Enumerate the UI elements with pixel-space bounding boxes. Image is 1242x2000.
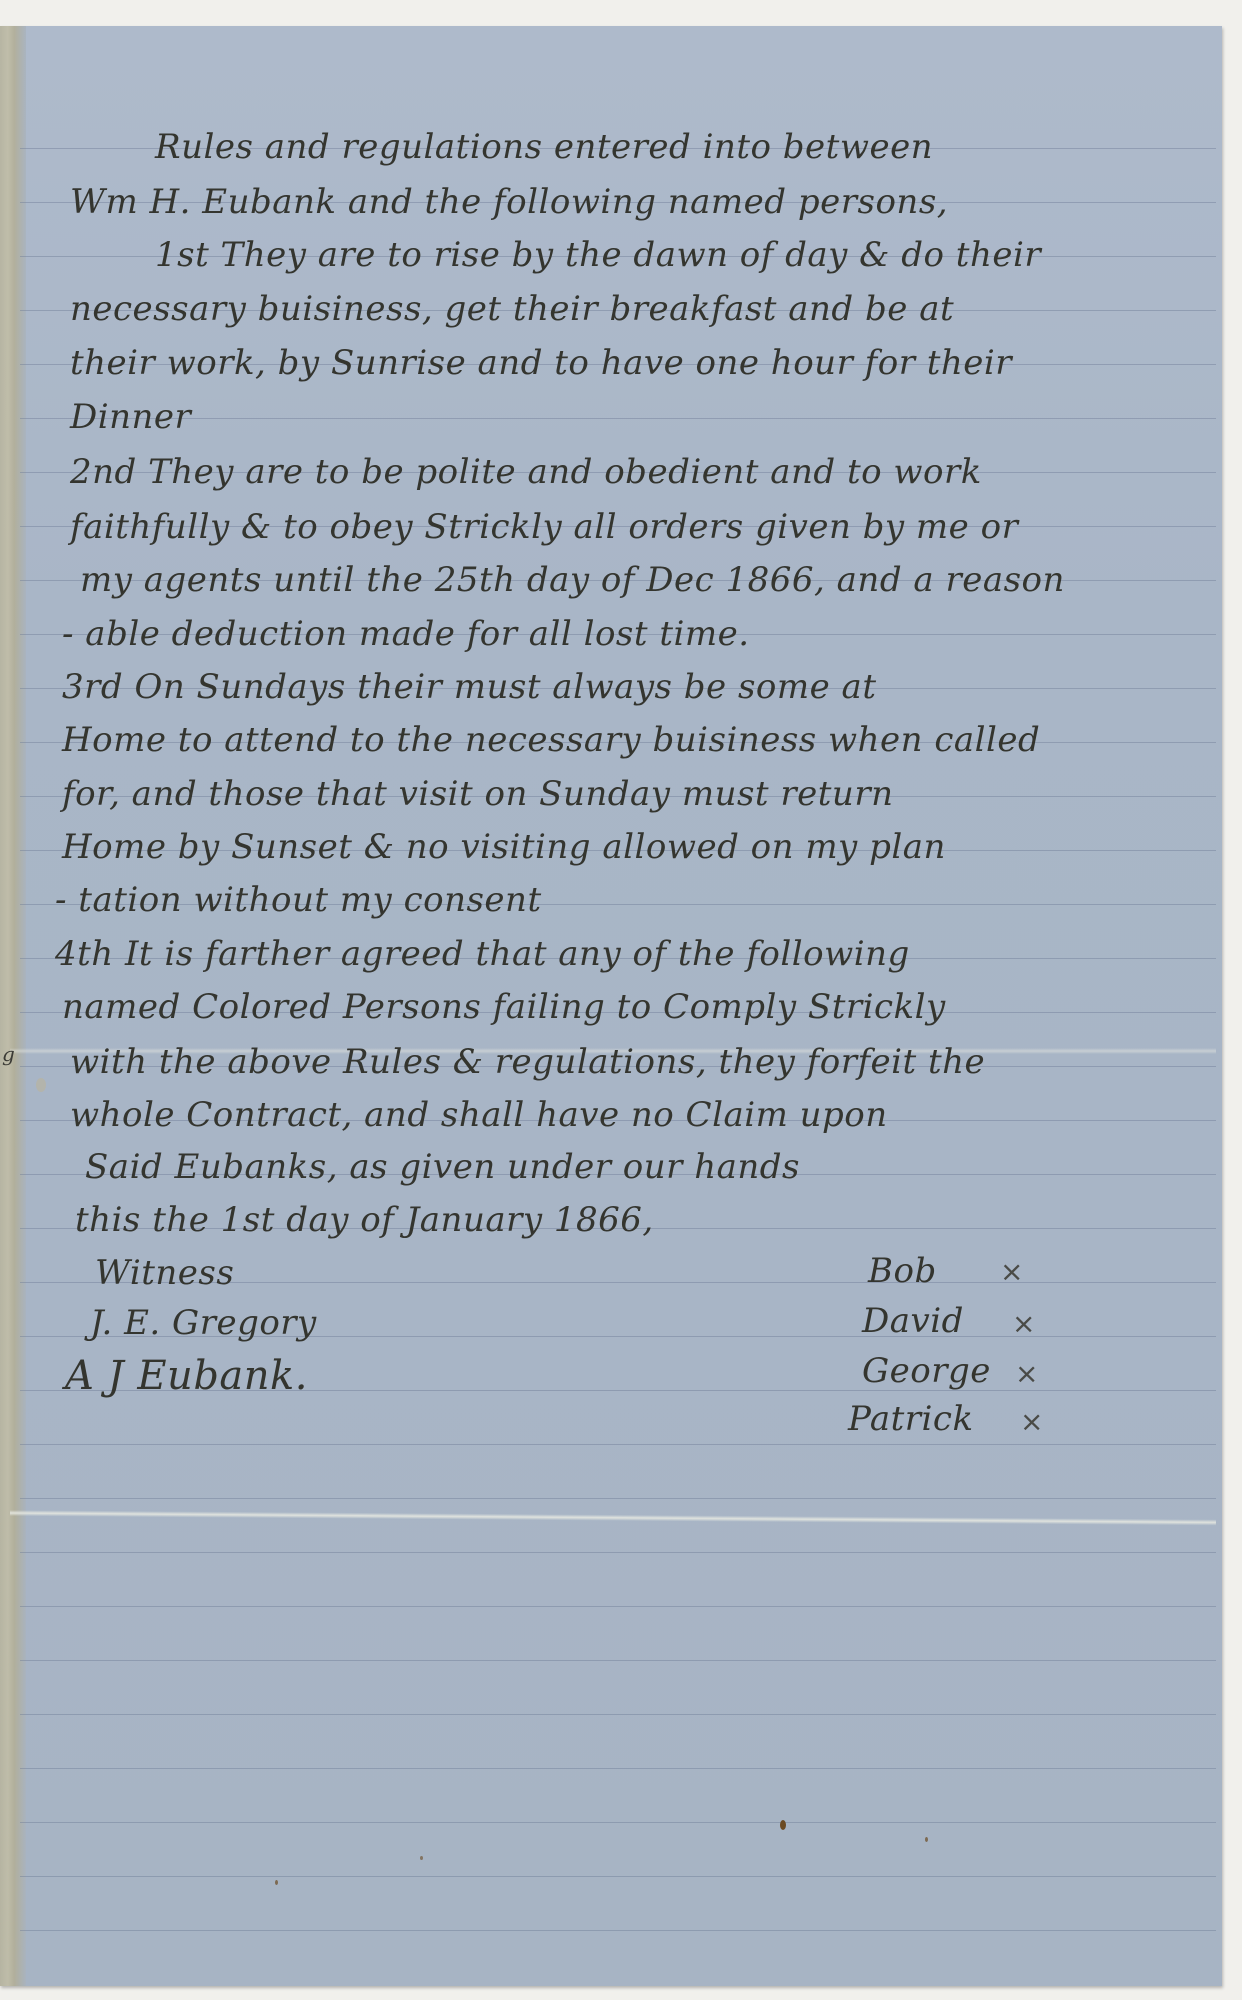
- line-rule-2-b: faithfully & to obey Strickly all orders…: [70, 510, 1018, 544]
- signatory-mark-patrick: ×: [1020, 1408, 1044, 1436]
- line-rule-2-a: 2nd They are to be polite and obedient a…: [70, 455, 982, 489]
- ruled-line: [20, 1552, 1216, 1553]
- ink-spot: [275, 1880, 278, 1885]
- ink-spot: [36, 1078, 46, 1092]
- ruled-line: [20, 1876, 1216, 1877]
- line-rule-4-d: whole Contract, and shall have no Claim …: [70, 1098, 888, 1132]
- line-rule-3-b: Home to attend to the necessary buisines…: [62, 723, 1040, 757]
- margin-note: g: [2, 1042, 15, 1066]
- ruled-line: [20, 1930, 1216, 1931]
- line-rule-3-e: - tation without my consent: [55, 883, 542, 917]
- ink-spot: [780, 1820, 786, 1830]
- line-rule-1-c: their work, by Sunrise and to have one h…: [70, 346, 1012, 380]
- line-rule-4-b: named Colored Persons failing to Comply …: [62, 990, 946, 1024]
- ruled-line: [20, 1444, 1216, 1445]
- ruled-line: [20, 1660, 1216, 1661]
- document-page: Rules and regulations entered into betwe…: [0, 26, 1222, 1986]
- line-rule-4-e: Said Eubanks, as given under our hands: [85, 1150, 800, 1184]
- signatory-mark-david: ×: [1012, 1310, 1036, 1338]
- signatory-name-patrick: Patrick: [848, 1402, 974, 1436]
- witness-name-1: J. E. Gregory: [90, 1306, 317, 1340]
- signatory-mark-bob: ×: [1000, 1258, 1024, 1286]
- line-rule-2-d: - able deduction made for all lost time.: [62, 617, 750, 651]
- line-rule-1-b: necessary buisiness, get their breakfast…: [70, 292, 954, 326]
- witness-name-2: A J Eubank.: [65, 1356, 308, 1396]
- ruled-line: [20, 1822, 1216, 1823]
- ink-spot: [925, 1837, 928, 1842]
- line-rule-1-d: Dinner: [70, 400, 191, 434]
- line-date: this the 1st day of January 1866,: [75, 1203, 654, 1237]
- ruled-line: [20, 1606, 1216, 1607]
- signatory-name-david: David: [862, 1304, 964, 1338]
- signatory-mark-george: ×: [1015, 1360, 1039, 1388]
- ink-spot: [420, 1856, 423, 1860]
- line-rule-3-d: Home by Sunset & no visiting allowed on …: [62, 830, 946, 864]
- witness-label: Witness: [95, 1256, 234, 1290]
- signatory-name-bob: Bob: [868, 1254, 937, 1288]
- signatory-name-george: George: [862, 1354, 991, 1388]
- line-title-1: Rules and regulations entered into betwe…: [155, 130, 933, 164]
- line-title-2: Wm H. Eubank and the following named per…: [70, 185, 948, 219]
- line-rule-3-a: 3rd On Sundays their must always be some…: [62, 670, 877, 704]
- paper-fold-crease: [10, 1510, 1216, 1525]
- line-rule-4-a: 4th It is farther agreed that any of the…: [55, 937, 910, 971]
- line-rule-1-a: 1st They are to rise by the dawn of day …: [155, 238, 1041, 272]
- ruled-line: [20, 1498, 1216, 1499]
- line-rule-2-c: my agents until the 25th day of Dec 1866…: [80, 563, 1065, 597]
- ruled-line: [20, 1714, 1216, 1715]
- ruled-line: [20, 418, 1216, 419]
- line-rule-4-c: with the above Rules & regulations, they…: [70, 1045, 985, 1079]
- line-rule-3-c: for, and those that visit on Sunday must…: [62, 777, 893, 811]
- ruled-line: [20, 1768, 1216, 1769]
